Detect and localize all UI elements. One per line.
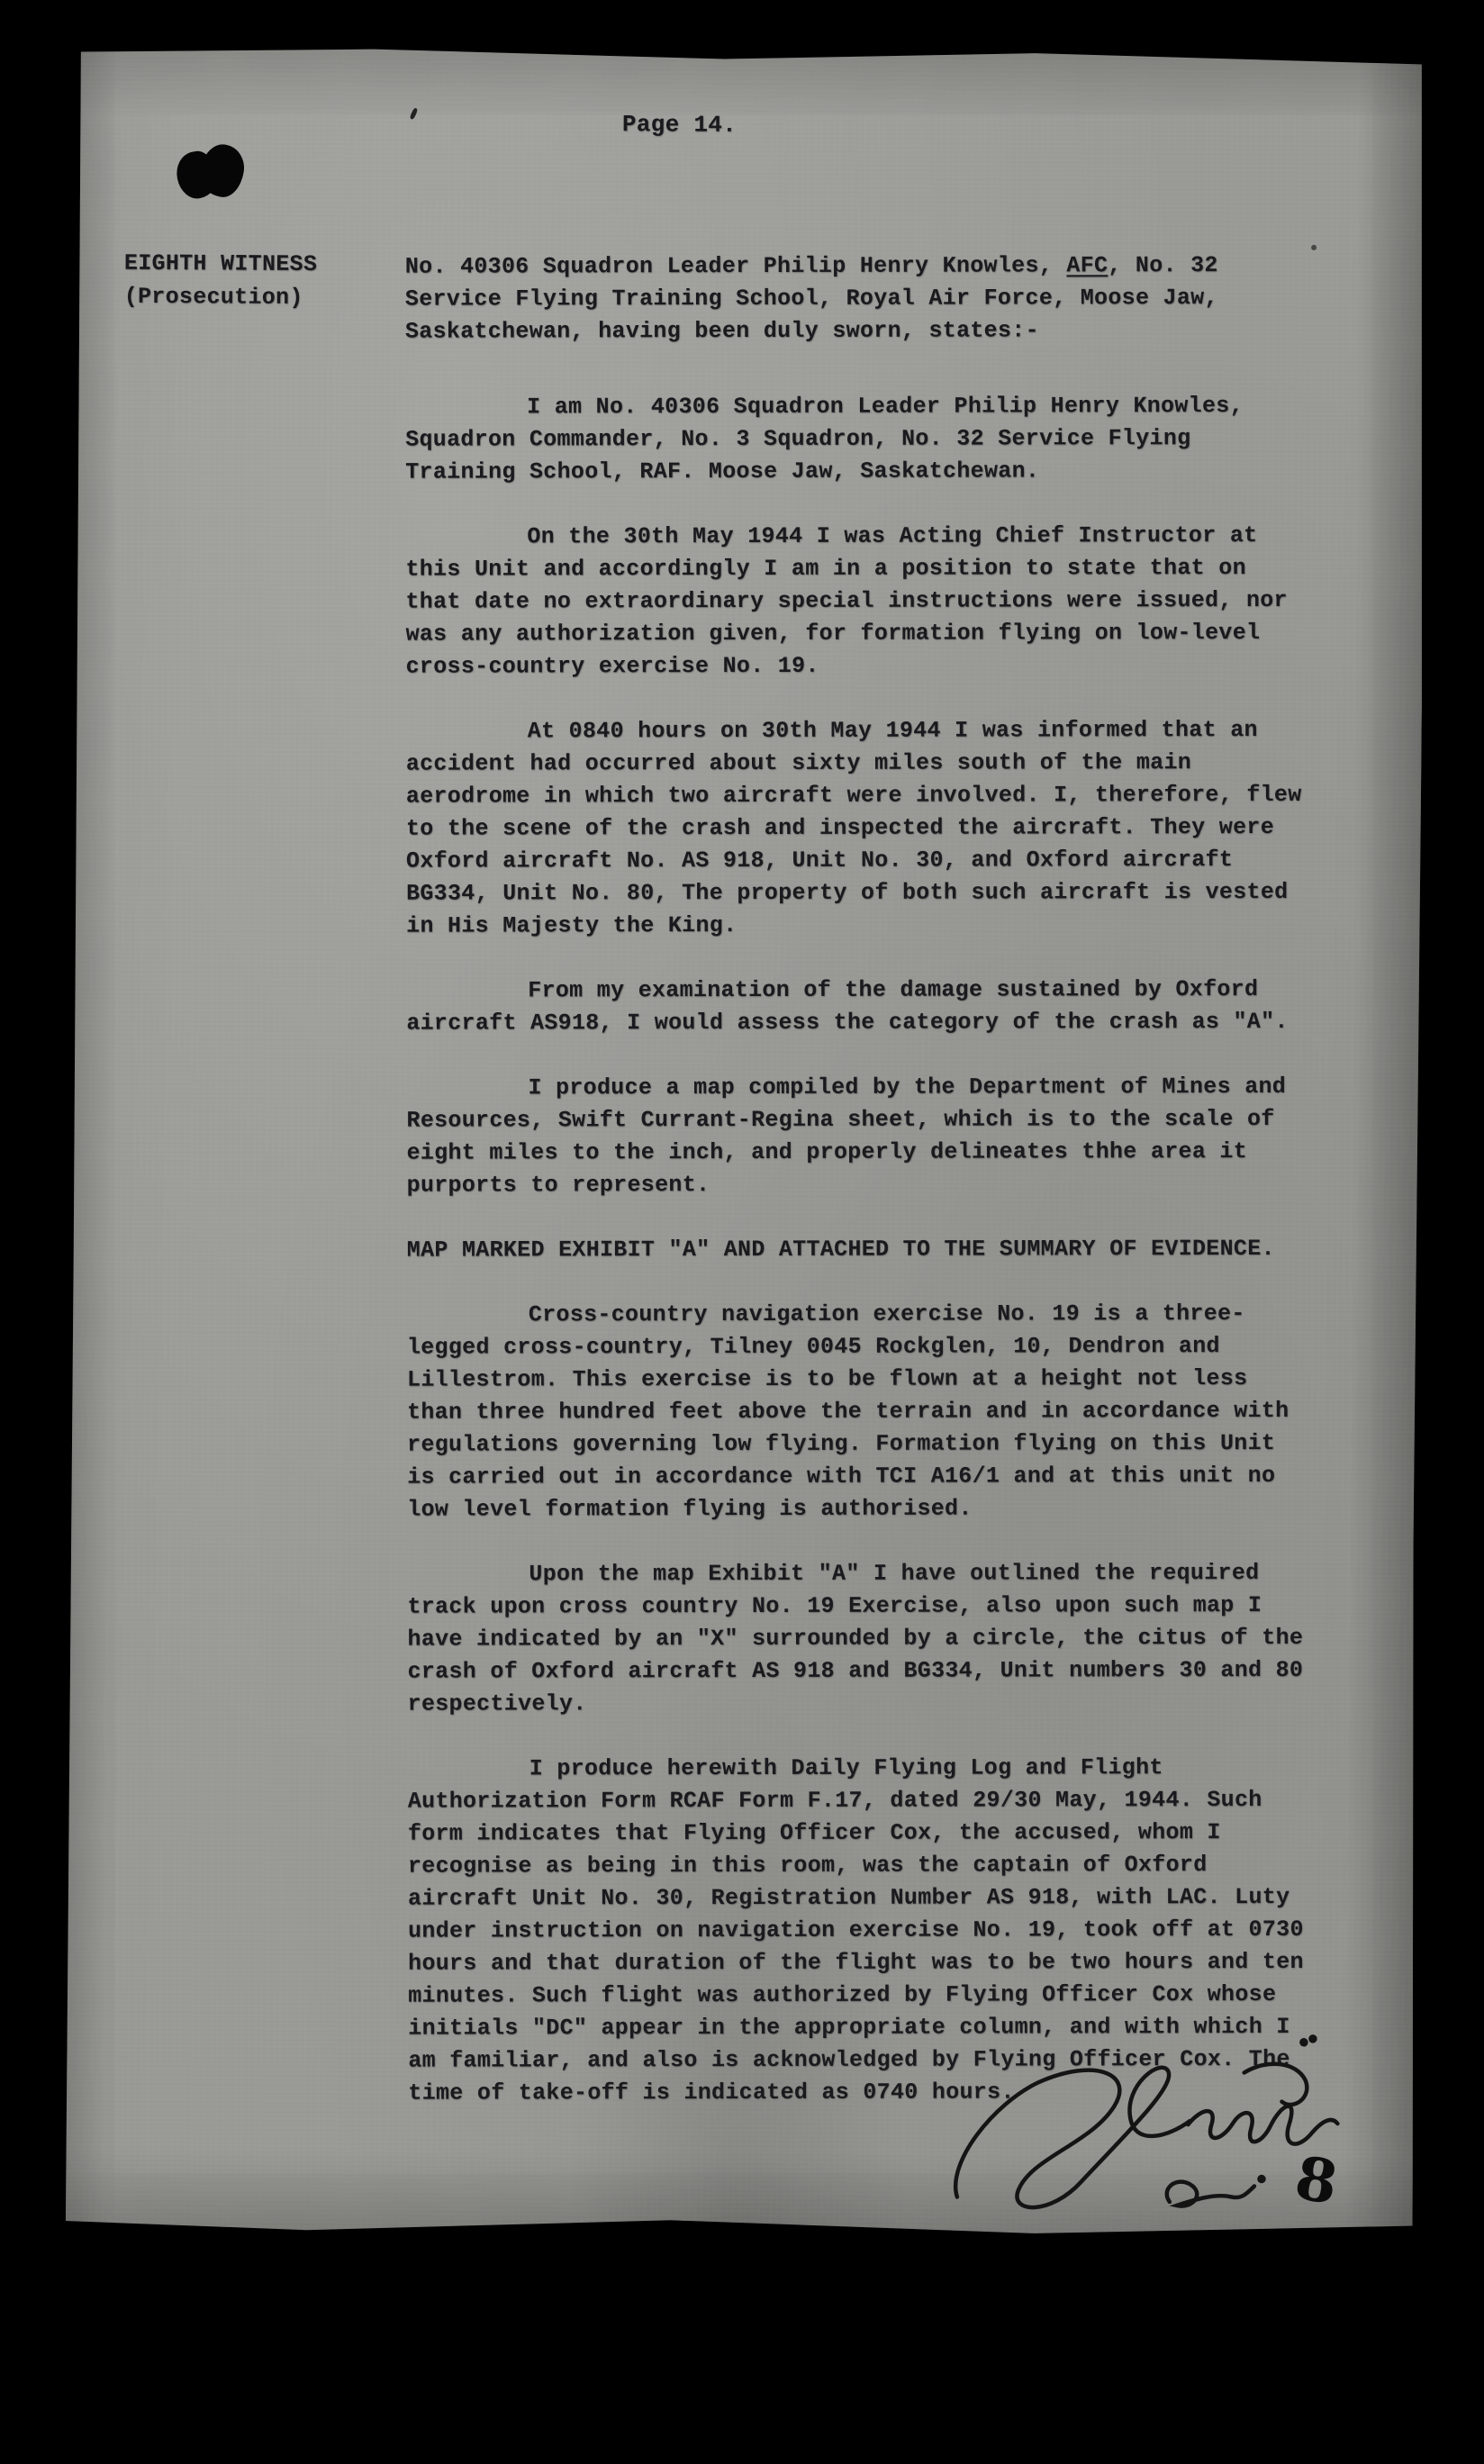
document-page: Page 14. EIGHTH WITNESS (Prosecution) No…	[64, 46, 1426, 2241]
testimony-paragraph-crash-site: Upon the map Exhibit "A" I have outlined…	[407, 1557, 1315, 1721]
testimony-paragraph-instructions: On the 30th May 1944 I was Acting Chief …	[405, 520, 1313, 684]
testimony-paragraph-map: I produce a map compiled by the Departme…	[406, 1071, 1314, 1202]
oath-text-pre: No. 40306 Squadron Leader Philip Henry K…	[405, 252, 1067, 279]
ink-speck	[410, 107, 419, 120]
testimony-paragraph-accident: At 0840 hours on 30th May 1944 I was inf…	[406, 714, 1314, 943]
testimony-paragraph-damage-category: From my examination of the damage sustai…	[406, 974, 1314, 1040]
signature-scrawl	[945, 2020, 1351, 2239]
testimony-column: No. 40306 Squadron Leader Philip Henry K…	[405, 249, 1317, 2142]
ink-blot	[176, 144, 243, 202]
testimony-paragraph-exercise-19: Cross-country navigation exercise No. 19…	[407, 1298, 1315, 1526]
exhibit-annotation: MAP MARKED EXHIBIT "A" AND ATTACHED TO T…	[407, 1233, 1315, 1267]
witness-label: EIGHTH WITNESS (Prosecution)	[124, 247, 318, 314]
page-number: Page 14.	[622, 111, 737, 139]
oath-text-afc-underlined: AFC	[1066, 252, 1108, 278]
witness-label-party: (Prosecution)	[124, 280, 317, 314]
witness-label-title: EIGHTH WITNESS	[124, 247, 317, 281]
handwritten-signature	[945, 2020, 1351, 2239]
testimony-paragraph-identity: I am No. 40306 Squadron Leader Philip He…	[405, 390, 1313, 489]
witness-oath: No. 40306 Squadron Leader Philip Henry K…	[405, 249, 1313, 349]
